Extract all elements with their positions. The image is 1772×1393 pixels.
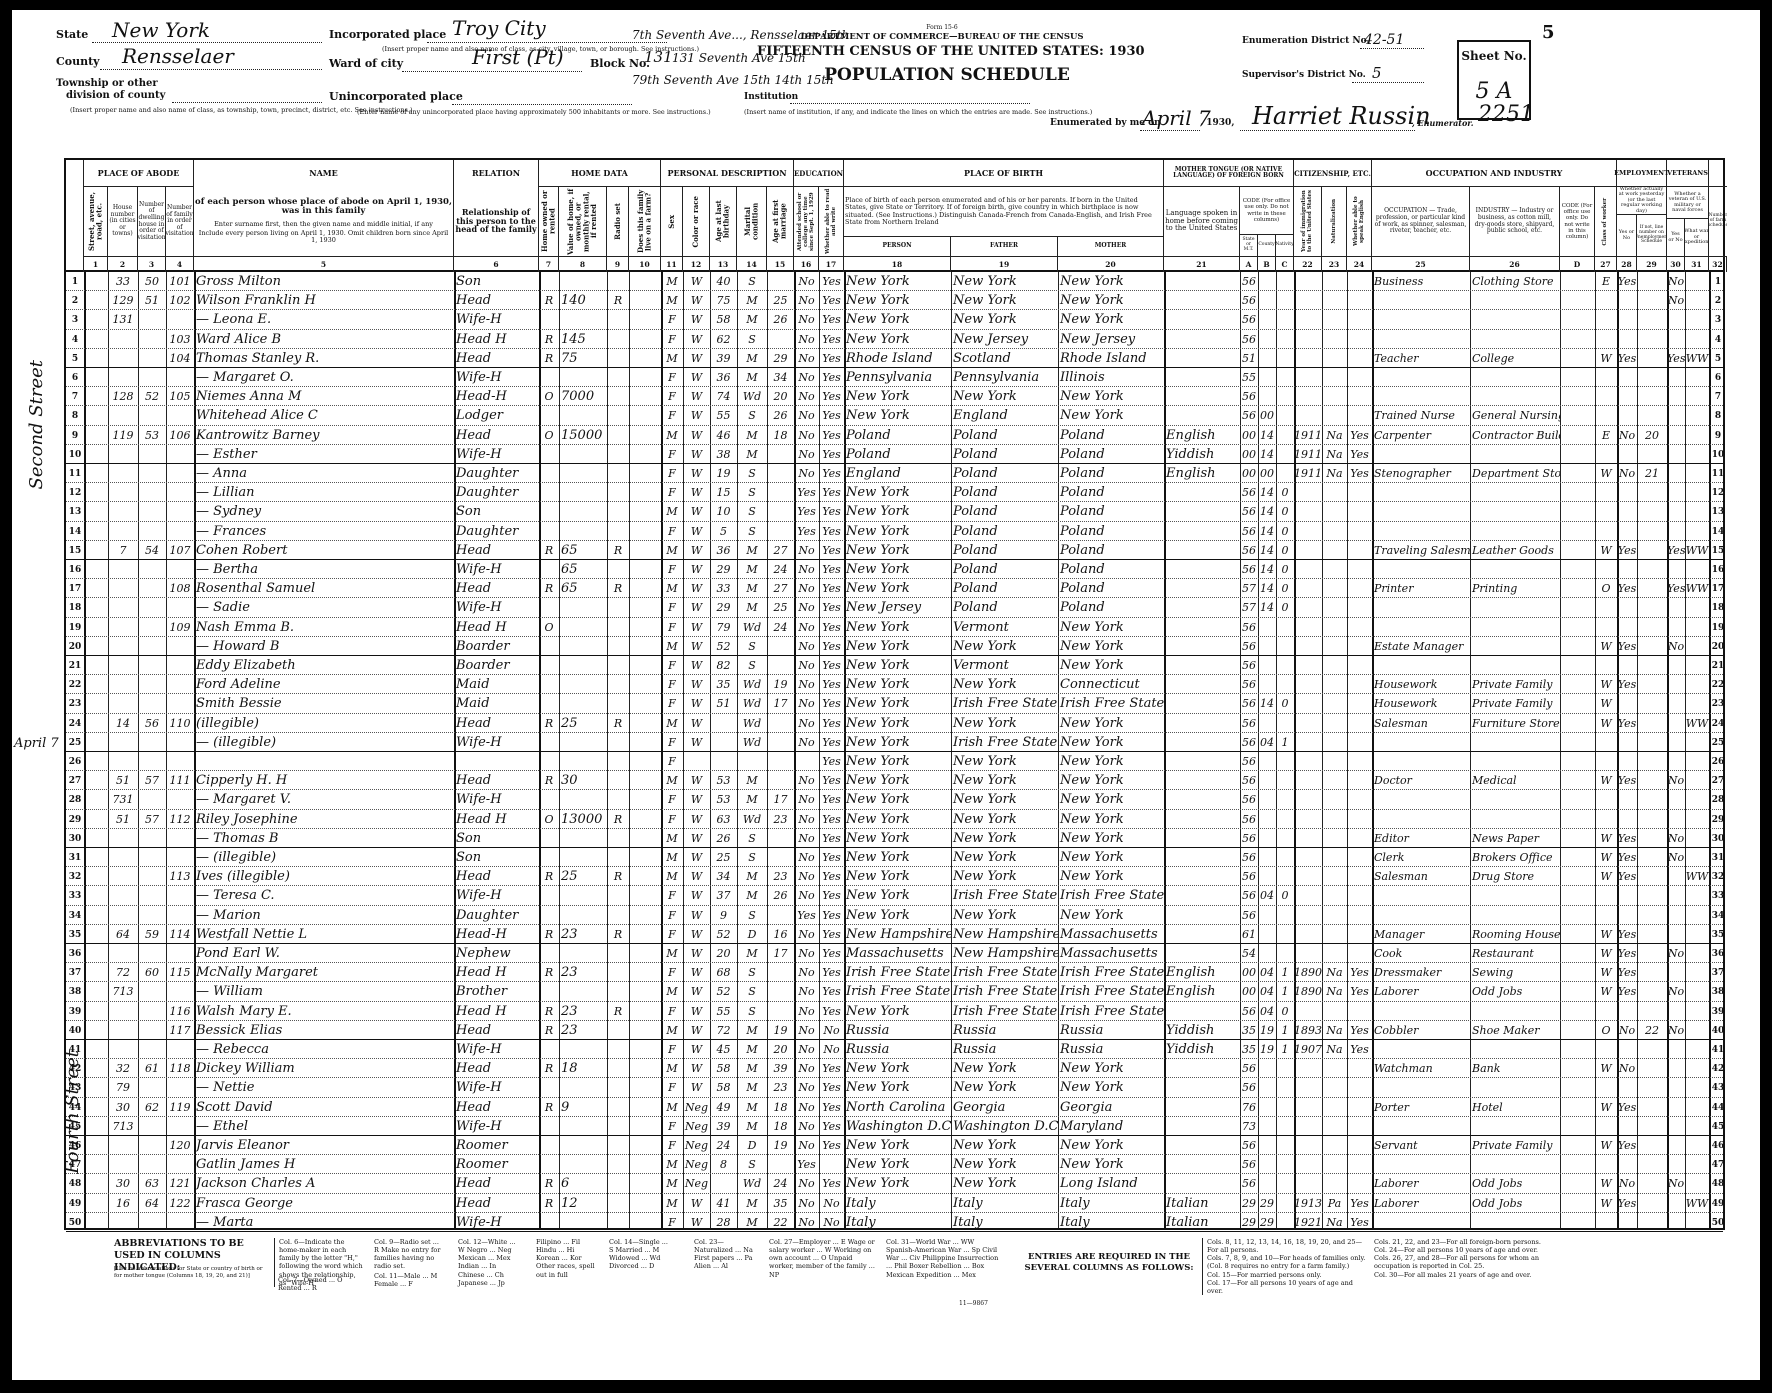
abbrev-note: [Use no abbreviations for State or count… (114, 1266, 264, 1280)
cell-race: W (683, 829, 710, 848)
cell-industry (1470, 502, 1560, 521)
cell-age-marr: 39 (767, 1059, 794, 1078)
cell-vet: No (1667, 982, 1685, 1001)
cell-unemp (1637, 1059, 1667, 1078)
cell-race: W (683, 483, 710, 502)
cell-codeC: 1 (1276, 1021, 1294, 1040)
cell-industry (1470, 886, 1560, 905)
cell-value (559, 310, 607, 329)
cell-english (1347, 291, 1372, 310)
sub-farm: Does this family live on a farm? (637, 188, 652, 255)
cell-age: 74 (710, 387, 737, 406)
cell-lang (1164, 560, 1240, 579)
cell-war: WW (1685, 1194, 1709, 1213)
cell-sex: M (661, 426, 683, 445)
cell-occ-code (1560, 1155, 1595, 1174)
abbrev-col12b: Filipino ... Fil Hindu ... Hi Korean ...… (536, 1238, 596, 1279)
cell-family: 110 (166, 714, 194, 733)
cell-race: W (683, 560, 710, 579)
cell-industry: News Paper (1470, 829, 1560, 848)
cell-school: No (794, 1078, 819, 1097)
cell-mother: New York (1058, 714, 1164, 733)
cell-unemp (1637, 886, 1667, 905)
line-number-right: 41 (1709, 1040, 1727, 1060)
line-number: 13 (66, 502, 84, 522)
cell-occupation (1372, 656, 1470, 675)
cell-relation: Son (454, 848, 539, 867)
cell-age: 25 (710, 848, 737, 867)
cell-value: 7000 (559, 387, 607, 406)
cell-vet (1667, 963, 1685, 982)
line-number: 22 (66, 675, 84, 695)
cell-immig (1294, 656, 1322, 675)
cell-relation: Head (454, 579, 539, 598)
cell-radio (607, 944, 629, 963)
cell-at-work: Yes (1617, 1098, 1637, 1117)
cell-name: — (illegible) (194, 733, 454, 752)
margin-note-date: April 7 (14, 736, 59, 751)
cell-dwelling (138, 349, 166, 368)
cell-occupation (1372, 618, 1470, 637)
cell-sex: M (661, 349, 683, 368)
cell-dwelling: 53 (138, 426, 166, 445)
cell-family (166, 445, 194, 464)
cell-english: Yes (1347, 1040, 1372, 1059)
cell-family: 112 (166, 810, 194, 829)
cell-codeB: 29 (1258, 1213, 1276, 1232)
cell-immig: 1921 (1294, 1213, 1322, 1232)
cell-name: Riley Josephine (194, 810, 454, 829)
cell-house (108, 733, 138, 752)
cell-relation: Head (454, 1021, 539, 1040)
cell-relation: Head (454, 714, 539, 733)
cell-family (166, 464, 194, 483)
cell-father: Poland (951, 483, 1058, 502)
cell-value (559, 1078, 607, 1097)
cell-vet (1667, 1078, 1685, 1097)
cell-war (1685, 1040, 1709, 1059)
cell-worker: W (1595, 867, 1617, 886)
cell-war (1685, 330, 1709, 349)
cell-nat (1322, 618, 1347, 637)
cell-marital: D (737, 1136, 767, 1155)
cell-father: New York (951, 310, 1058, 329)
cell-family: 101 (166, 272, 194, 291)
cell-codeA: 56 (1240, 1155, 1258, 1174)
cell-lang (1164, 925, 1240, 944)
cell-nat (1322, 598, 1347, 617)
cell-age: 33 (710, 579, 737, 598)
cell-worker (1595, 598, 1617, 617)
cell-father: Russia (951, 1040, 1058, 1059)
cell-sex: F (661, 598, 683, 617)
cell-radio: R (607, 810, 629, 829)
cell-read: Yes (819, 1117, 844, 1136)
cell-codeA: 56 (1240, 829, 1258, 848)
cell-race: W (683, 886, 710, 905)
cell-birth: New York (844, 1155, 951, 1174)
cell-immig: 1890 (1294, 982, 1322, 1001)
cell-at-work: No (1617, 464, 1637, 483)
unincorporated-label: Unincorporated place (329, 90, 463, 103)
cell-relation: Head (454, 291, 539, 310)
line-number-right: 49 (1709, 1194, 1727, 1214)
cell-occupation: Porter (1372, 1098, 1470, 1117)
cell-tenure: O (539, 810, 559, 829)
cell-nat (1322, 1117, 1347, 1136)
cell-marital: S (737, 982, 767, 1001)
cell-nat (1322, 1078, 1347, 1097)
cell-codeA: 56 (1240, 1078, 1258, 1097)
cell-school (794, 752, 819, 771)
cell-read: Yes (819, 1098, 844, 1117)
cell-school: Yes (794, 502, 819, 521)
cell-race: W (683, 330, 710, 349)
cell-codeB: 19 (1258, 1021, 1276, 1040)
cell-age-marr: 23 (767, 1078, 794, 1097)
cell-english (1347, 579, 1372, 598)
cell-name: — Sadie (194, 598, 454, 617)
cell-school: No (794, 1098, 819, 1117)
department-title: DEPARTMENT OF COMMERCE—BUREAU OF THE CEN… (782, 32, 1102, 42)
cell-worker (1595, 656, 1617, 675)
cell-age-marr: 23 (767, 810, 794, 829)
cell-marital: M (737, 1098, 767, 1117)
sub-home-owned: Home owned or rented (541, 188, 556, 255)
line-number: 50 (66, 1213, 84, 1233)
cell-unemp (1637, 541, 1667, 560)
cell-occupation (1372, 310, 1470, 329)
cell-father: New York (951, 906, 1058, 925)
cell-worker (1595, 310, 1617, 329)
cell-occupation (1372, 445, 1470, 464)
line-number-right: 35 (1709, 925, 1727, 945)
cell-relation: Wife-H (454, 733, 539, 752)
cell-race: W (683, 694, 710, 713)
cell-name: Smith Bessie (194, 694, 454, 713)
cell-nat (1322, 1002, 1347, 1021)
cell-relation: Boarder (454, 656, 539, 675)
township-label: Township or other (56, 78, 158, 89)
cell-age: 35 (710, 675, 737, 694)
cell-industry (1470, 656, 1560, 675)
cell-father: New York (951, 771, 1058, 790)
cell-lang (1164, 1078, 1240, 1097)
cell-lang: English (1164, 426, 1240, 445)
cell-nat (1322, 483, 1347, 502)
cell-worker: W (1595, 1098, 1617, 1117)
cell-occ-code (1560, 656, 1595, 675)
cell-house (108, 848, 138, 867)
cell-age-marr (767, 752, 794, 771)
cell-occupation: Cobbler (1372, 1021, 1470, 1040)
cell-value: 23 (559, 1021, 607, 1040)
cell-sex: M (661, 541, 683, 560)
cell-codeA: 57 (1240, 598, 1258, 617)
cell-nat: Na (1322, 1040, 1347, 1059)
cell-codeC (1276, 1117, 1294, 1136)
cell-occupation (1372, 1155, 1470, 1174)
sub-mother: MOTHER (1058, 236, 1164, 256)
cell-age: 49 (710, 1098, 737, 1117)
cell-birth: New York (844, 272, 951, 291)
cell-nat (1322, 522, 1347, 541)
cell-dwelling: 60 (138, 963, 166, 982)
cell-unemp (1637, 963, 1667, 982)
cell-relation: Head H (454, 1002, 539, 1021)
cell-school: Yes (794, 1155, 819, 1174)
name-description: of each person whose place of abode on A… (194, 186, 454, 256)
cell-name: Ward Alice B (194, 330, 454, 349)
cell-sex: M (661, 1098, 683, 1117)
cell-mother: Illinois (1058, 368, 1164, 387)
cell-radio (607, 1155, 629, 1174)
census-sheet: State New York County Rensselaer Townshi… (12, 10, 1760, 1380)
cell-house (108, 656, 138, 675)
cell-family: 104 (166, 349, 194, 368)
cell-age-marr (767, 483, 794, 502)
cell-immig (1294, 637, 1322, 656)
cell-radio (607, 1194, 629, 1213)
cell-war: WW (1685, 349, 1709, 368)
cell-english (1347, 944, 1372, 963)
cell-family (166, 1078, 194, 1097)
cell-race: W (683, 464, 710, 483)
cell-lang (1164, 656, 1240, 675)
cell-codeC (1276, 944, 1294, 963)
cell-codeA: 56 (1240, 1002, 1258, 1021)
cell-tenure: R (539, 1059, 559, 1078)
cell-marital: Wd (737, 733, 767, 752)
column-number: 13 (710, 256, 737, 272)
cell-industry: Clothing Store (1470, 272, 1560, 291)
ed-label: Enumeration District No. (1242, 36, 1370, 46)
cell-father: New York (951, 752, 1058, 771)
cell-house (108, 1002, 138, 1021)
cell-house: 16 (108, 1194, 138, 1213)
cell-relation: Wife-H (454, 1040, 539, 1059)
cell-unemp (1637, 1174, 1667, 1193)
cell-name: (illegible) (194, 714, 454, 733)
cell-nat (1322, 637, 1347, 656)
cell-house: 713 (108, 982, 138, 1001)
cell-age: 36 (710, 541, 737, 560)
line-number: 24 (66, 714, 84, 734)
cell-race: W (683, 848, 710, 867)
cell-relation: Wife-H (454, 560, 539, 579)
cell-school: No (794, 579, 819, 598)
cell-war (1685, 387, 1709, 406)
cell-codeB (1258, 944, 1276, 963)
cell-war (1685, 963, 1709, 982)
cell-lang (1164, 790, 1240, 809)
cell-immig: 1890 (1294, 963, 1322, 982)
cell-occ-code (1560, 1136, 1595, 1155)
cell-english (1347, 925, 1372, 944)
cell-age-marr (767, 771, 794, 790)
column-number: A (1240, 256, 1258, 272)
cell-father: New York (951, 1155, 1058, 1174)
line-number-right: 13 (1709, 502, 1727, 522)
table-header: PLACE OF ABODE NAME RELATION HOME DATA P… (66, 160, 1723, 272)
cell-name: — William (194, 982, 454, 1001)
cell-father: New Hampshire (951, 944, 1058, 963)
cell-school: No (794, 656, 819, 675)
cell-codeB: 14 (1258, 445, 1276, 464)
cell-english: Yes (1347, 963, 1372, 982)
cell-occupation: Cook (1372, 944, 1470, 963)
cell-occupation: Traveling Salesman (1372, 541, 1470, 560)
cell-industry: Shoe Maker (1470, 1021, 1560, 1040)
cell-immig (1294, 1117, 1322, 1136)
cell-immig: 1911 (1294, 426, 1322, 445)
cell-codeA: 56 (1240, 675, 1258, 694)
cell-industry: General Nursing (1470, 406, 1560, 425)
cell-at-work: Yes (1617, 714, 1637, 733)
enumerator-name: Harriet Russin (1252, 102, 1431, 130)
cell-dwelling (138, 464, 166, 483)
table-row: 32113Ives (illegible)HeadR25RMW34M23NoYe… (66, 867, 1723, 886)
cell-age: 52 (710, 637, 737, 656)
cell-immig (1294, 714, 1322, 733)
cell-nat (1322, 406, 1347, 425)
cell-english (1347, 1098, 1372, 1117)
cell-father: New York (951, 867, 1058, 886)
cell-school: No (794, 1174, 819, 1193)
cell-name: Nash Emma B. (194, 618, 454, 637)
cell-relation: Maid (454, 694, 539, 713)
cell-relation: Wife-H (454, 310, 539, 329)
cell-occupation (1372, 1078, 1470, 1097)
cell-nat (1322, 694, 1347, 713)
cell-radio (607, 982, 629, 1001)
cell-vet (1667, 1059, 1685, 1078)
cell-vet: No (1667, 637, 1685, 656)
cell-lang (1164, 483, 1240, 502)
cell-lang: English (1164, 464, 1240, 483)
cell-mother: Georgia (1058, 1098, 1164, 1117)
incorporated-value: Troy City (452, 16, 546, 40)
cell-vet (1667, 675, 1685, 694)
cell-school: No (794, 310, 819, 329)
cell-war (1685, 694, 1709, 713)
cell-race: Neg (683, 1155, 710, 1174)
cell-unemp (1637, 387, 1667, 406)
cell-occupation (1372, 522, 1470, 541)
cell-codeC (1276, 925, 1294, 944)
cell-industry: Restaurant (1470, 944, 1560, 963)
cell-age: 82 (710, 656, 737, 675)
cell-marital: M (737, 886, 767, 905)
cell-read: Yes (819, 1174, 844, 1193)
table-row: 18— SadieWife-HFW29M25NoYesNew JerseyPol… (66, 598, 1723, 617)
line-number-right: 46 (1709, 1136, 1727, 1156)
cell-mother: New York (1058, 1059, 1164, 1078)
cell-father: Poland (951, 560, 1058, 579)
cell-radio (607, 829, 629, 848)
cell-relation: Head (454, 1098, 539, 1117)
cell-read: Yes (819, 541, 844, 560)
cell-industry: Private Family (1470, 694, 1560, 713)
cell-family (166, 560, 194, 579)
cell-codeC: 0 (1276, 598, 1294, 617)
cell-tenure: R (539, 1002, 559, 1021)
cell-relation: Roomer (454, 1136, 539, 1155)
cell-name: — Marion (194, 906, 454, 925)
cell-at-work (1617, 906, 1637, 925)
cell-name: — (illegible) (194, 848, 454, 867)
cell-sex: M (661, 1021, 683, 1040)
cell-immig (1294, 579, 1322, 598)
cell-occ-code (1560, 1059, 1595, 1078)
cell-at-work: Yes (1617, 637, 1637, 656)
cell-occ-code (1560, 906, 1595, 925)
cell-nat (1322, 848, 1347, 867)
cell-age-marr (767, 982, 794, 1001)
cell-relation: Head (454, 1059, 539, 1078)
cell-codeB (1258, 752, 1276, 771)
cell-industry (1470, 1155, 1560, 1174)
cell-mother: New York (1058, 771, 1164, 790)
cell-english (1347, 502, 1372, 521)
cell-codeB (1258, 1155, 1276, 1174)
cell-tenure (539, 1117, 559, 1136)
cell-immig (1294, 886, 1322, 905)
cell-at-work (1617, 310, 1637, 329)
cell-codeB (1258, 330, 1276, 349)
cell-mother: Russia (1058, 1021, 1164, 1040)
cell-age-marr: 25 (767, 291, 794, 310)
cell-occupation (1372, 1002, 1470, 1021)
cell-at-work (1617, 522, 1637, 541)
cell-birth: England (844, 464, 951, 483)
cell-family (166, 1040, 194, 1059)
cell-nat: Na (1322, 982, 1347, 1001)
cell-value (559, 1040, 607, 1059)
cell-sex: M (661, 982, 683, 1001)
column-number: 11 (661, 256, 683, 272)
cell-immig (1294, 829, 1322, 848)
cell-mother: Poland (1058, 483, 1164, 502)
cell-codeC (1276, 867, 1294, 886)
cell-nat (1322, 886, 1347, 905)
line-number: 14 (66, 522, 84, 542)
line-number: 34 (66, 906, 84, 926)
cell-codeA: 56 (1240, 291, 1258, 310)
cell-codeB: 04 (1258, 886, 1276, 905)
cell-codeB: 04 (1258, 982, 1276, 1001)
table-row: 13— SydneySonMW10SYesYesNew YorkPolandPo… (66, 502, 1723, 521)
cell-race: W (683, 272, 710, 291)
cell-worker: W (1595, 675, 1617, 694)
column-number: 10 (629, 256, 661, 272)
cell-vet (1667, 310, 1685, 329)
table-row: 17108Rosenthal SamuelHeadR65RMW33M27NoYe… (66, 579, 1723, 598)
cell-codeC: 0 (1276, 522, 1294, 541)
cell-unemp (1637, 675, 1667, 694)
cell-age-marr: 17 (767, 790, 794, 809)
cell-codeA: 56 (1240, 1136, 1258, 1155)
entries-list-2: Cols. 21, 22, and 23—For all foreign-bor… (1374, 1238, 1554, 1279)
cell-father: New York (951, 848, 1058, 867)
cell-house: 33 (108, 272, 138, 291)
cell-father: New York (951, 714, 1058, 733)
cell-father: New York (951, 1078, 1058, 1097)
cell-codeC (1276, 1078, 1294, 1097)
cell-industry: Hotel (1470, 1098, 1560, 1117)
table-row: 6— Margaret O.Wife-HFW36M34NoYesPennsylv… (66, 368, 1723, 387)
cell-occupation (1372, 906, 1470, 925)
